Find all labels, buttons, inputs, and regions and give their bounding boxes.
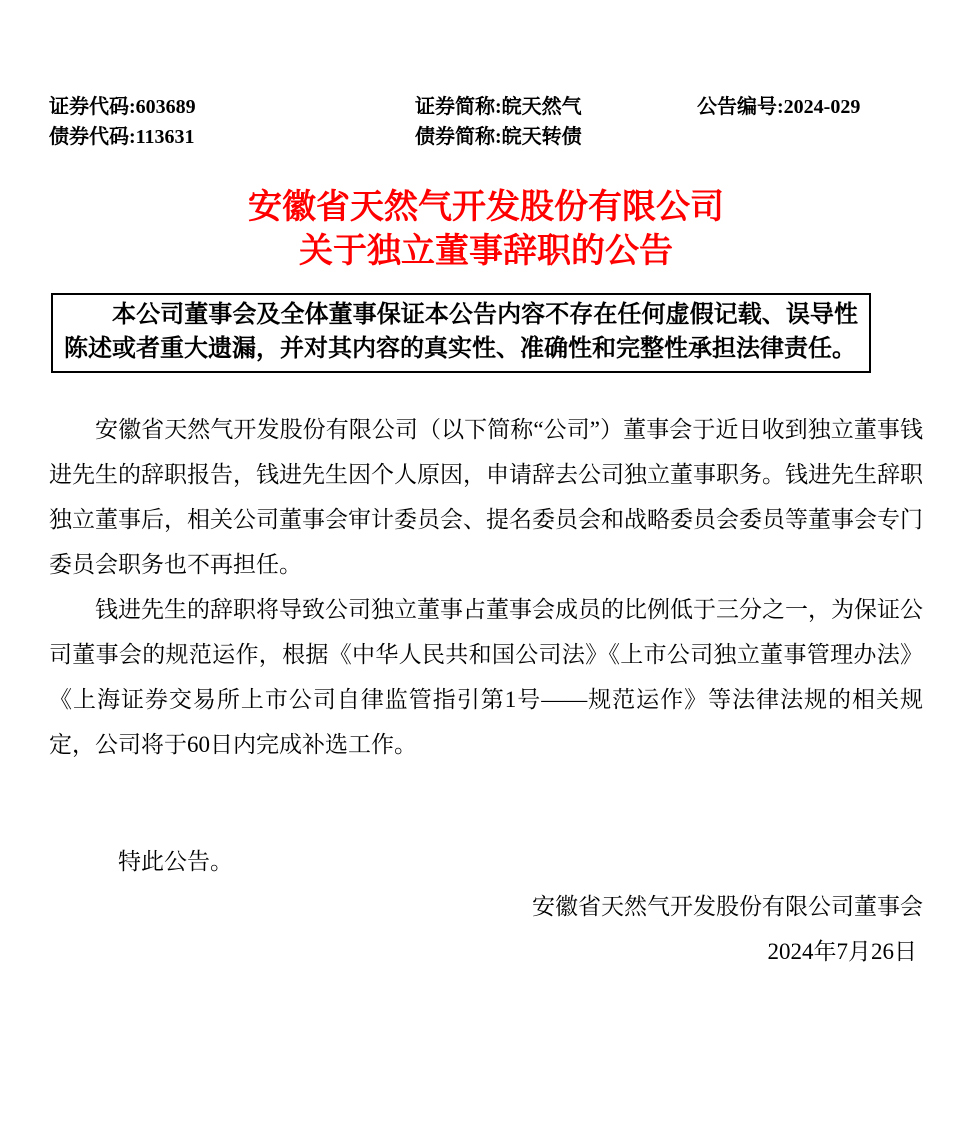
disclaimer-text: 本公司董事会及全体董事保证本公告内容不存在任何虚假记载、误导性陈述或者重大遗漏，…	[64, 298, 858, 366]
header-row-stock: 证券代码:603689 证券简称:皖天然气 公告编号:2024-029	[49, 92, 923, 122]
header-row-bond-spacer	[697, 122, 923, 152]
title-announcement-subject: 关于独立董事辞职的公告	[49, 229, 923, 273]
title-company-name: 安徽省天然气开发股份有限公司	[49, 185, 923, 229]
disclaimer-box: 本公司董事会及全体董事保证本公告内容不存在任何虚假记载、误导性陈述或者重大遗漏，…	[51, 293, 871, 373]
document-body: 安徽省天然气开发股份有限公司（以下简称“公司”）董事会于近日收到独立董事钱进先生…	[49, 407, 923, 767]
body-paragraph-1: 安徽省天然气开发股份有限公司（以下简称“公司”）董事会于近日收到独立董事钱进先生…	[49, 407, 923, 587]
header-row-bond: 债券代码:113631 债券简称:皖天转债	[49, 122, 923, 152]
stock-short-name: 证券简称:皖天然气	[415, 92, 697, 122]
document-title: 安徽省天然气开发股份有限公司 关于独立董事辞职的公告	[49, 185, 923, 273]
body-paragraph-2: 钱进先生的辞职将导致公司独立董事占董事会成员的比例低于三分之一，为保证公司董事会…	[49, 587, 923, 767]
closing-statement: 特此公告。	[49, 839, 923, 884]
closing-block: 特此公告。 安徽省天然气开发股份有限公司董事会 2024年7月26日	[49, 839, 923, 974]
stock-code: 证券代码:603689	[49, 92, 415, 122]
document-header: 证券代码:603689 证券简称:皖天然气 公告编号:2024-029 债券代码…	[49, 92, 923, 152]
announcement-date: 2024年7月26日	[49, 929, 923, 974]
announcement-document: 证券代码:603689 证券简称:皖天然气 公告编号:2024-029 债券代码…	[0, 0, 971, 1122]
bond-short-name: 债券简称:皖天转债	[415, 122, 697, 152]
announcement-number: 公告编号:2024-029	[697, 92, 923, 122]
bond-code: 债券代码:113631	[49, 122, 415, 152]
signature-board: 安徽省天然气开发股份有限公司董事会	[49, 884, 923, 929]
